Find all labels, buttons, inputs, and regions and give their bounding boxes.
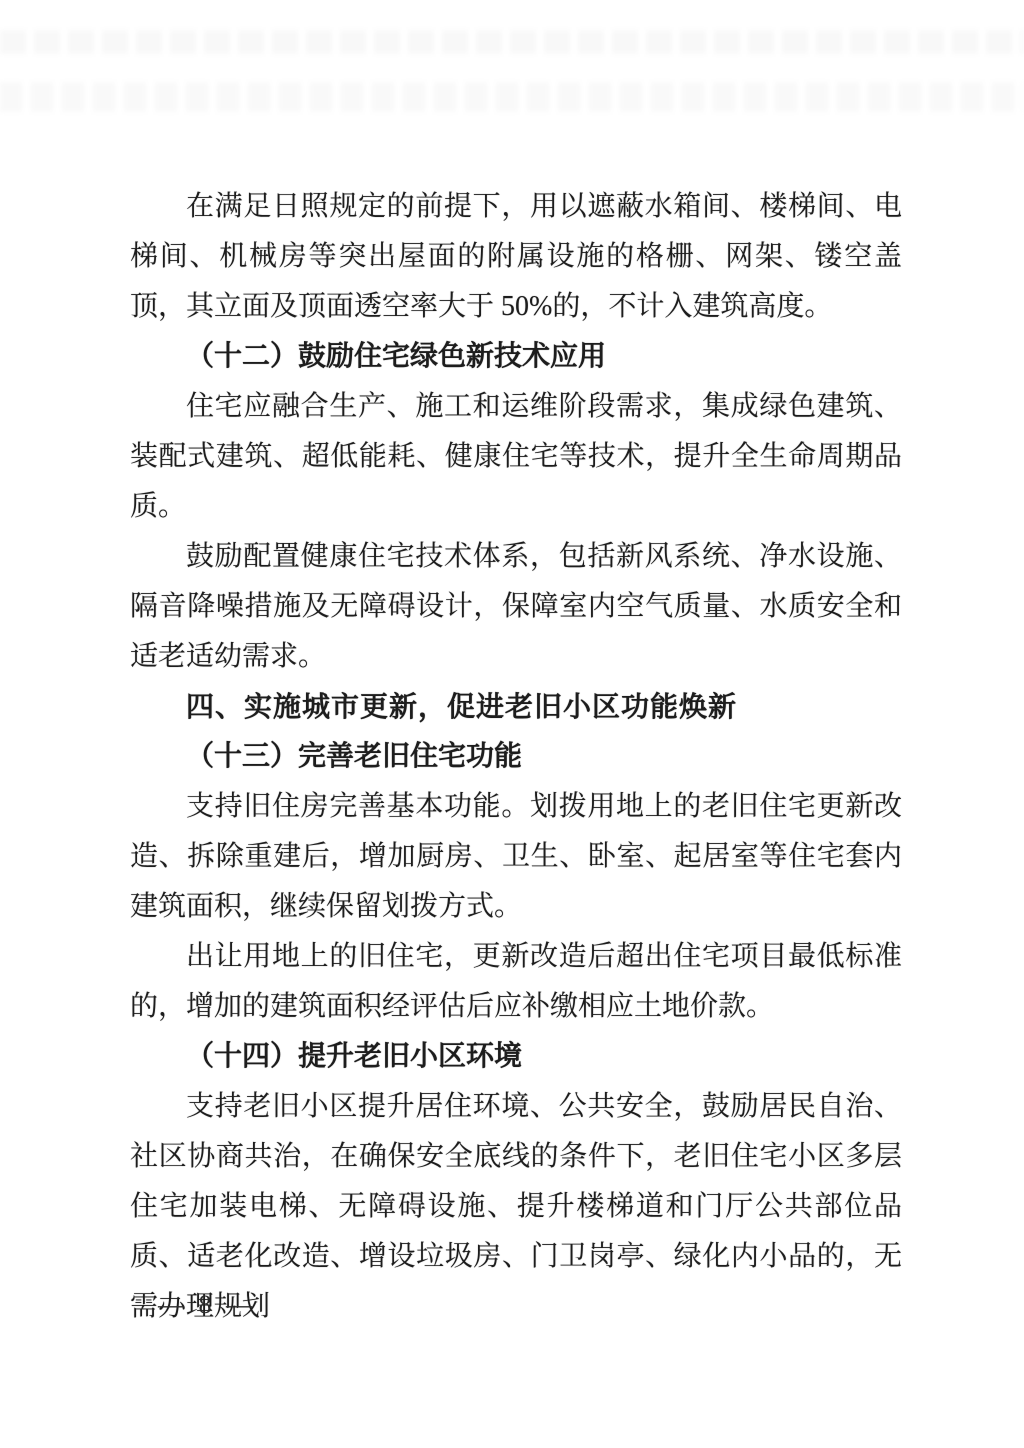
scan-ghosting-artifact <box>0 82 1024 112</box>
page-number: — 8 — <box>158 1290 256 1320</box>
heading-article-13-old-housing-functions: （十三）完善老旧住宅功能 <box>130 732 902 782</box>
scan-ghosting-artifact <box>0 30 1024 54</box>
paragraph-granted-land-premium: 出让用地上的旧住宅，更新改造后超出住宅项目最低标准的，增加的建筑面积经评估后应补… <box>130 932 902 1032</box>
paragraph-healthy-housing-systems: 鼓励配置健康住宅技术体系，包括新风系统、净水设施、隔音降噪措施及无障碍设计，保障… <box>130 532 902 682</box>
paragraph-building-height-exemption: 在满足日照规定的前提下，用以遮蔽水箱间、楼梯间、电梯间、机械房等突出屋面的附属设… <box>130 182 902 332</box>
heading-section-4-urban-renewal: 四、实施城市更新，促进老旧小区功能焕新 <box>130 682 902 732</box>
document-body: 在满足日照规定的前提下，用以遮蔽水箱间、楼梯间、电梯间、机械房等突出屋面的附属设… <box>130 182 902 1332</box>
paragraph-allocated-land-renovation: 支持旧住房完善基本功能。划拨用地上的老旧住宅更新改造、拆除重建后，增加厨房、卫生… <box>130 782 902 932</box>
document-page: 在满足日照规定的前提下，用以遮蔽水箱间、楼梯间、电梯间、机械房等突出屋面的附属设… <box>0 0 1024 1448</box>
paragraph-green-building-integration: 住宅应融合生产、施工和运维阶段需求，集成绿色建筑、装配式建筑、超低能耗、健康住宅… <box>130 382 902 532</box>
heading-article-12-green-technology: （十二）鼓励住宅绿色新技术应用 <box>130 332 902 382</box>
heading-article-14-old-community-environment: （十四）提升老旧小区环境 <box>130 1032 902 1082</box>
